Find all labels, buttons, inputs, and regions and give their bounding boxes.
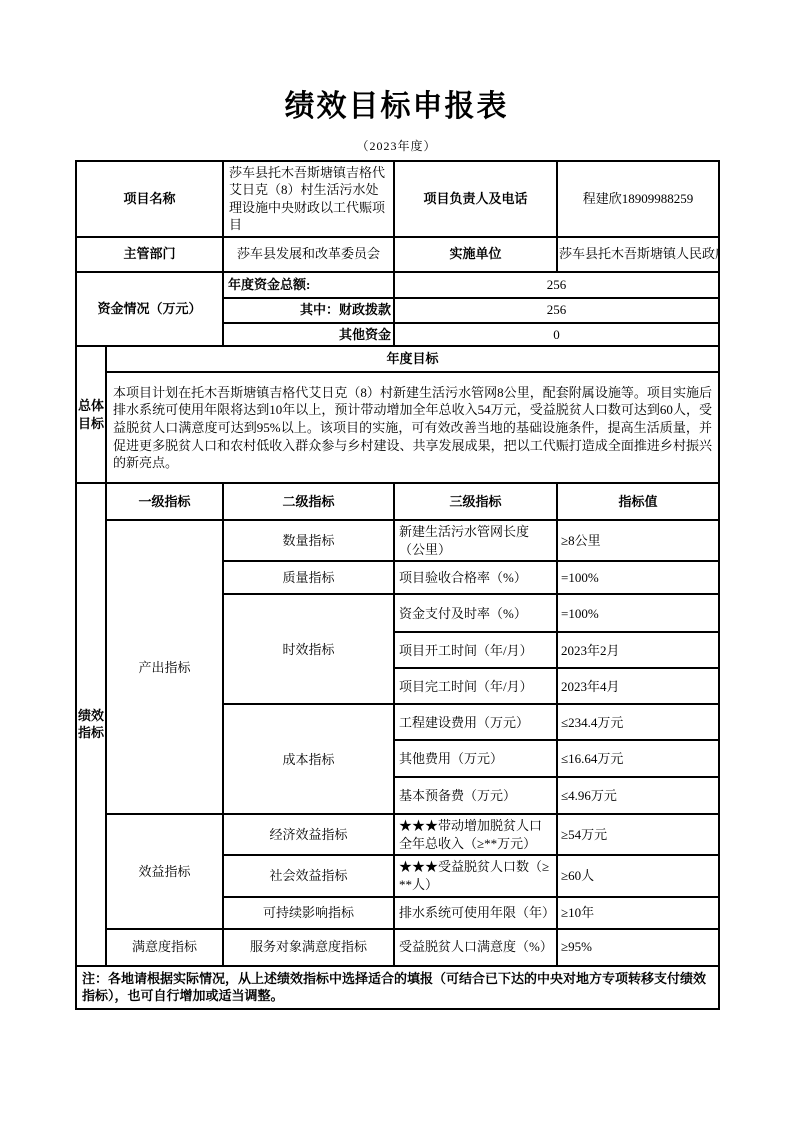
- table-row: 效益指标 经济效益指标 ★★★带动增加脱贫人口全年总收入（≥**万元） ≥54万…: [76, 814, 719, 855]
- indicator-l3: 工程建设费用（万元）: [394, 704, 557, 740]
- project-name-value: 莎车县托木吾斯塘镇吉格代艾日克（8）村生活污水处理设施中央财政以工代赈项目: [223, 161, 394, 237]
- funding-fiscal-label: 其中：财政拨款: [223, 298, 394, 323]
- indicator-l3: 资金支付及时率（%）: [394, 594, 557, 632]
- level1-benefit: 效益指标: [106, 814, 223, 928]
- table-row: 总体目标 年度目标: [76, 346, 719, 372]
- indicator-value: ≥54万元: [557, 814, 719, 855]
- overall-goal-text: 本项目计划在托木吾斯塘镇吉格代艾日克（8）村新建生活污水管网8公里，配套附属设施…: [106, 372, 719, 483]
- indicator-value: ≥8公里: [557, 520, 719, 561]
- funding-total-label: 年度资金总额:: [223, 272, 394, 298]
- indicator-value: =100%: [557, 594, 719, 632]
- form-table: 项目名称 莎车县托木吾斯塘镇吉格代艾日克（8）村生活污水处理设施中央财政以工代赈…: [75, 160, 720, 1010]
- level2-social: 社会效益指标: [223, 855, 394, 896]
- level2-service: 服务对象满意度指标: [223, 929, 394, 966]
- table-row: 资金情况（万元） 年度资金总额: 256: [76, 272, 719, 298]
- indicator-value: =100%: [557, 561, 719, 594]
- indicator-l3: 项目验收合格率（%）: [394, 561, 557, 594]
- indicator-value: ≥60人: [557, 855, 719, 896]
- header-level2: 二级指标: [223, 483, 394, 520]
- indicator-l3: ★★★带动增加脱贫人口全年总收入（≥**万元）: [394, 814, 557, 855]
- leader-value: 程建欣18909988259: [557, 161, 719, 237]
- level2-economic: 经济效益指标: [223, 814, 394, 855]
- table-row: 满意度指标 服务对象满意度指标 受益脱贫人口满意度（%） ≥95%: [76, 929, 719, 966]
- project-name-label: 项目名称: [76, 161, 223, 237]
- indicator-l3: 其他费用（万元）: [394, 740, 557, 777]
- header-level1: 一级指标: [106, 483, 223, 520]
- level2-quality: 质量指标: [223, 561, 394, 594]
- indicator-l3: 项目开工时间（年/月）: [394, 632, 557, 668]
- level2-sustain: 可持续影响指标: [223, 897, 394, 929]
- document-page: 绩效目标申报表 （2023年度） 项目名称 莎车县托木吾斯塘镇吉格代艾日克（8）…: [0, 0, 793, 1122]
- indicator-l3: 排水系统可使用年限（年）: [394, 897, 557, 929]
- table-row: 绩效指标 一级指标 二级指标 三级指标 指标值: [76, 483, 719, 520]
- level2-quantity: 数量指标: [223, 520, 394, 561]
- table-row: 产出指标 数量指标 新建生活污水管网长度（公里） ≥8公里: [76, 520, 719, 561]
- funding-total-value: 256: [394, 272, 719, 298]
- table-row: 注：各地请根据实际情况，从上述绩效指标中选择适合的填报（可结合已下达的中央对地方…: [76, 966, 719, 1009]
- level2-timeliness: 时效指标: [223, 594, 394, 704]
- annual-goal-header: 年度目标: [106, 346, 719, 372]
- indicator-l3: 受益脱贫人口满意度（%）: [394, 929, 557, 966]
- indicator-value: ≤16.64万元: [557, 740, 719, 777]
- impl-label: 实施单位: [394, 237, 557, 272]
- dept-value: 莎车县发展和改革委员会: [223, 237, 394, 272]
- funding-section-label: 资金情况（万元）: [76, 272, 223, 347]
- indicator-l3: 项目完工时间（年/月）: [394, 668, 557, 704]
- table-row: 主管部门 莎车县发展和改革委员会 实施单位 莎车县托木吾斯塘镇人民政府: [76, 237, 719, 272]
- level1-output: 产出指标: [106, 520, 223, 814]
- impl-value: 莎车县托木吾斯塘镇人民政府: [557, 237, 719, 272]
- level1-satisfaction: 满意度指标: [106, 929, 223, 966]
- dept-label: 主管部门: [76, 237, 223, 272]
- indicator-value: ≥10年: [557, 897, 719, 929]
- indicator-value: ≥95%: [557, 929, 719, 966]
- indicator-l3: 基本预备费（万元）: [394, 777, 557, 814]
- indicators-side-label: 绩效指标: [76, 483, 106, 965]
- indicator-value: 2023年4月: [557, 668, 719, 704]
- table-row: 项目名称 莎车县托木吾斯塘镇吉格代艾日克（8）村生活污水处理设施中央财政以工代赈…: [76, 161, 719, 237]
- leader-label: 项目负责人及电话: [394, 161, 557, 237]
- indicator-value: ≤234.4万元: [557, 704, 719, 740]
- funding-fiscal-value: 256: [394, 298, 719, 323]
- indicator-l3: ★★★受益脱贫人口数（≥**人）: [394, 855, 557, 896]
- funding-other-label: 其他资金: [223, 323, 394, 347]
- header-value: 指标值: [557, 483, 719, 520]
- table-row: 本项目计划在托木吾斯塘镇吉格代艾日克（8）村新建生活污水管网8公里，配套附属设施…: [76, 372, 719, 483]
- footnote: 注：各地请根据实际情况，从上述绩效指标中选择适合的填报（可结合已下达的中央对地方…: [76, 966, 719, 1009]
- page-title: 绩效目标申报表: [0, 0, 793, 125]
- indicator-value: 2023年2月: [557, 632, 719, 668]
- overall-goal-side-label: 总体目标: [76, 346, 106, 483]
- funding-other-value: 0: [394, 323, 719, 347]
- indicator-value: ≤4.96万元: [557, 777, 719, 814]
- level2-cost: 成本指标: [223, 704, 394, 814]
- header-level3: 三级指标: [394, 483, 557, 520]
- indicator-l3: 新建生活污水管网长度（公里）: [394, 520, 557, 561]
- page-subtitle: （2023年度）: [0, 137, 793, 154]
